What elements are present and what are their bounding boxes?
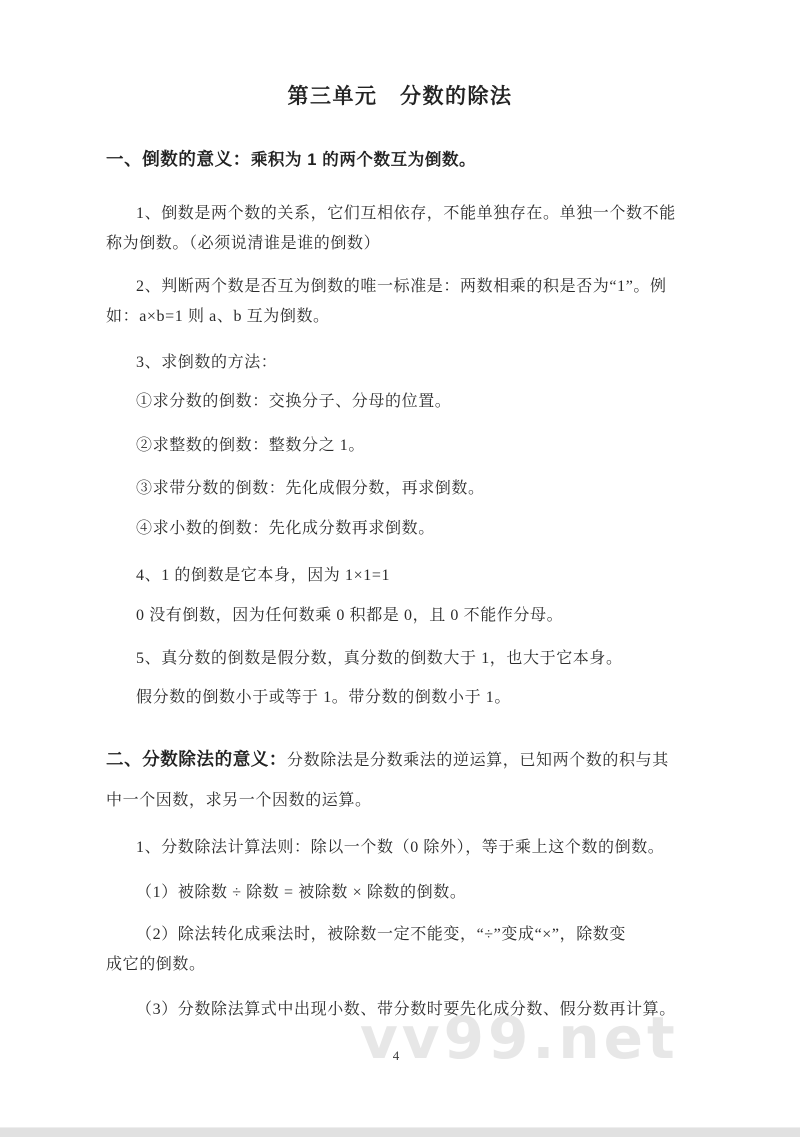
text-line: 5、真分数的倒数是假分数，真分数的倒数大于 1，也大于它本身。 — [106, 644, 726, 674]
text-segment: 称为倒数。（必须说清谁是谁的倒数） — [106, 235, 380, 252]
text-line: 中一个因数，求另一个因数的运算。 — [106, 781, 726, 821]
text-line: 成它的倒数。 — [106, 950, 726, 980]
text-segment: ③求带分数的倒数：先化成假分数，再求倒数。 — [136, 480, 485, 497]
paragraph: （2）除法转化成乘法时，被除数一定不能变，“÷”变成“×”，除数变成它的倒数。 — [106, 920, 726, 980]
paragraph: （1）被除数 ÷ 除数 = 被除数 × 除数的倒数。 — [106, 878, 726, 908]
text-line: ④求小数的倒数：先化成分数再求倒数。 — [106, 514, 726, 544]
section-heading: 二、分数除法的意义：分数除法是分数乘法的逆运算，已知两个数的积与其中一个因数，求… — [106, 739, 726, 821]
paragraph: 1、分数除法计算法则：除以一个数（0 除外），等于乘上这个数的倒数。 — [106, 833, 726, 863]
text-line: 如：a×b=1 则 a、b 互为倒数。 — [106, 302, 726, 332]
text-segment: 中一个因数，求另一个因数的运算。 — [106, 792, 372, 809]
text-segment: 0 没有倒数，因为任何数乘 0 积都是 0，且 0 不能作分母。 — [136, 607, 563, 624]
paragraph: 3、求倒数的方法： — [106, 348, 726, 378]
paragraph: 假分数的倒数小于或等于 1。带分数的倒数小于 1。 — [106, 683, 726, 713]
text-line: ②求整数的倒数：整数分之 1。 — [106, 431, 726, 461]
text-segment: 分数除法是分数乘法的逆运算，已知两个数的积与其 — [287, 752, 669, 769]
text-segment: ④求小数的倒数：先化成分数再求倒数。 — [136, 520, 435, 537]
paragraph: 2、判断两个数是否互为倒数的唯一标准是：两数相乘的积是否为“1”。例如：a×b=… — [106, 272, 726, 332]
text-line: 1、分数除法计算法则：除以一个数（0 除外），等于乘上这个数的倒数。 — [106, 833, 726, 863]
paragraph: 5、真分数的倒数是假分数，真分数的倒数大于 1，也大于它本身。 — [106, 644, 726, 674]
text-segment: ①求分数的倒数：交换分子、分母的位置。 — [136, 393, 451, 410]
paragraph: ②求整数的倒数：整数分之 1。 — [106, 431, 726, 461]
text-segment: 1、分数除法计算法则：除以一个数（0 除外），等于乘上这个数的倒数。 — [136, 839, 664, 856]
text-segment: 2、判断两个数是否互为倒数的唯一标准是：两数相乘的积是否为“1”。例 — [136, 278, 667, 295]
text-line: （2）除法转化成乘法时，被除数一定不能变，“÷”变成“×”，除数变 — [106, 920, 726, 950]
bold-text-segment: 一、倒数的意义： — [106, 149, 251, 169]
document-page: 第三单元 分数的除法 一、倒数的意义：乘积为 1 的两个数互为倒数。1、倒数是两… — [0, 0, 800, 1137]
text-segment: 假分数的倒数小于或等于 1。带分数的倒数小于 1。 — [136, 689, 511, 706]
document-body: 一、倒数的意义：乘积为 1 的两个数互为倒数。1、倒数是两个数的关系，它们互相依… — [106, 0, 726, 1025]
text-segment: 4、1 的倒数是它本身，因为 1×1=1 — [136, 567, 390, 584]
text-line: 一、倒数的意义：乘积为 1 的两个数互为倒数。 — [106, 148, 726, 172]
paragraph: ③求带分数的倒数：先化成假分数，再求倒数。 — [106, 474, 726, 504]
text-line: （1）被除数 ÷ 除数 = 被除数 × 除数的倒数。 — [106, 878, 726, 908]
section-heading: 一、倒数的意义：乘积为 1 的两个数互为倒数。 — [106, 148, 726, 172]
text-line: 4、1 的倒数是它本身，因为 1×1=1 — [106, 561, 726, 591]
text-line: 3、求倒数的方法： — [106, 348, 726, 378]
page-number: 4 — [0, 1047, 792, 1065]
text-segment: （1）被除数 ÷ 除数 = 被除数 × 除数的倒数。 — [136, 884, 466, 901]
paragraph: 4、1 的倒数是它本身，因为 1×1=1 — [106, 561, 726, 591]
paragraph: （3）分数除法算式中出现小数、带分数时要先化成分数、假分数再计算。 — [106, 995, 726, 1025]
text-segment: 1、倒数是两个数的关系，它们互相依存，不能单独存在。单独一个数不能 — [136, 205, 676, 222]
paragraph: ④求小数的倒数：先化成分数再求倒数。 — [106, 514, 726, 544]
text-line: （3）分数除法算式中出现小数、带分数时要先化成分数、假分数再计算。 — [106, 995, 726, 1025]
paragraph: 1、倒数是两个数的关系，它们互相依存，不能单独存在。单独一个数不能称为倒数。（必… — [106, 199, 726, 259]
text-line: ③求带分数的倒数：先化成假分数，再求倒数。 — [106, 474, 726, 504]
text-segment: 成它的倒数。 — [106, 956, 206, 973]
text-line: 1、倒数是两个数的关系，它们互相依存，不能单独存在。单独一个数不能 — [106, 199, 726, 229]
text-segment: 3、求倒数的方法： — [136, 354, 277, 371]
text-line: 假分数的倒数小于或等于 1。带分数的倒数小于 1。 — [106, 683, 726, 713]
text-line: 0 没有倒数，因为任何数乘 0 积都是 0，且 0 不能作分母。 — [106, 601, 726, 631]
paragraph: ①求分数的倒数：交换分子、分母的位置。 — [106, 387, 726, 417]
bold-text-segment: 乘积为 1 的两个数互为倒数。 — [251, 151, 476, 169]
bold-text-segment: 二、分数除法的意义： — [106, 749, 287, 769]
text-segment: 5、真分数的倒数是假分数，真分数的倒数大于 1，也大于它本身。 — [136, 650, 623, 667]
paragraph: 0 没有倒数，因为任何数乘 0 积都是 0，且 0 不能作分母。 — [106, 601, 726, 631]
page-bottom-edge — [0, 1127, 800, 1137]
text-line: 2、判断两个数是否互为倒数的唯一标准是：两数相乘的积是否为“1”。例 — [106, 272, 726, 302]
text-segment: ②求整数的倒数：整数分之 1。 — [136, 437, 365, 454]
text-line: 二、分数除法的意义：分数除法是分数乘法的逆运算，已知两个数的积与其 — [106, 739, 726, 781]
text-segment: （2）除法转化成乘法时，被除数一定不能变，“÷”变成“×”，除数变 — [136, 926, 626, 943]
text-line: ①求分数的倒数：交换分子、分母的位置。 — [106, 387, 726, 417]
text-segment: 如：a×b=1 则 a、b 互为倒数。 — [106, 308, 330, 325]
text-line: 称为倒数。（必须说清谁是谁的倒数） — [106, 229, 726, 259]
text-segment: （3）分数除法算式中出现小数、带分数时要先化成分数、假分数再计算。 — [136, 1001, 676, 1018]
